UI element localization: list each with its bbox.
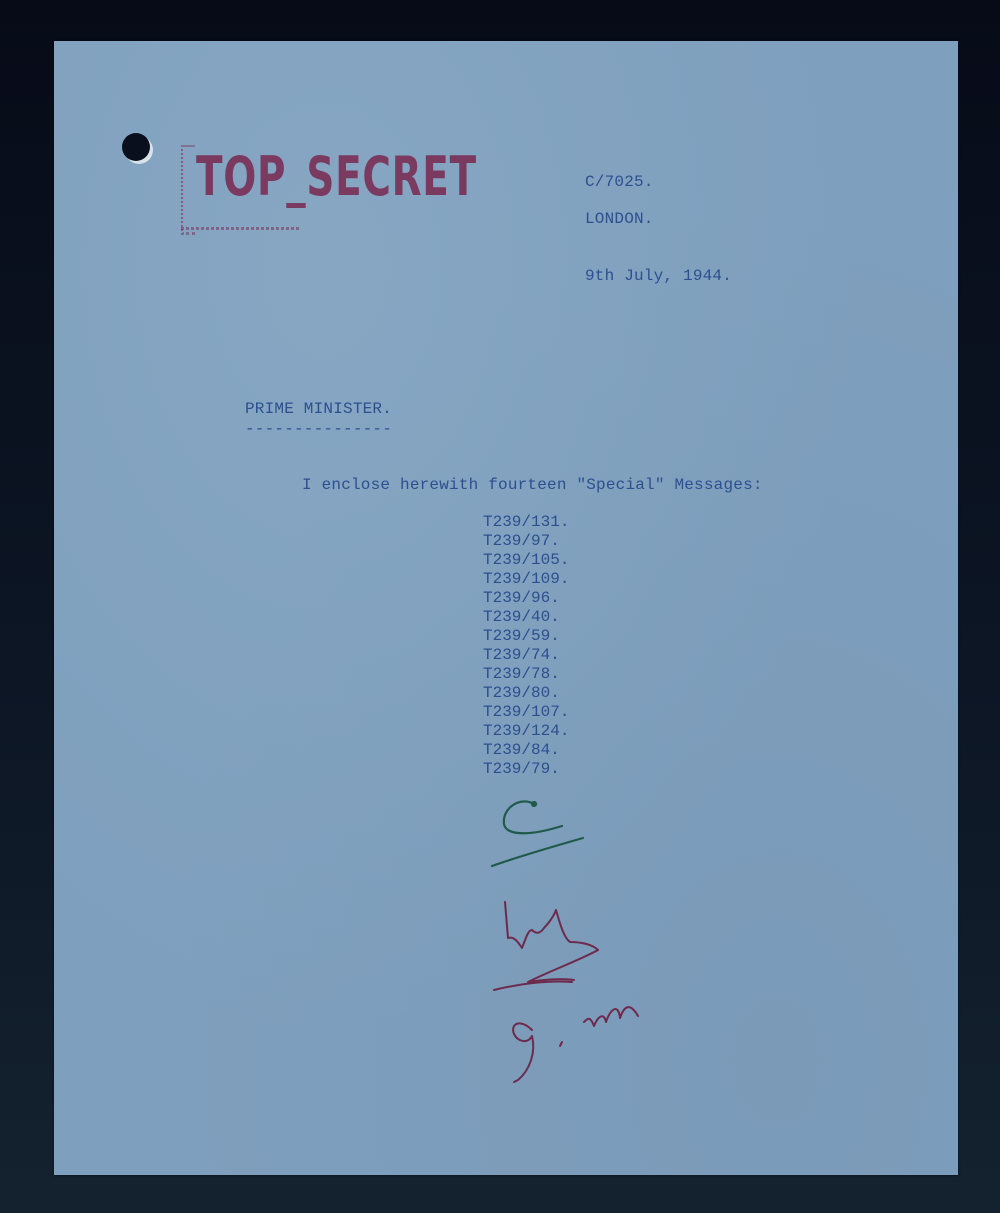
message-reference: T239/78. <box>483 665 569 684</box>
addressee: PRIME MINISTER. <box>245 400 392 419</box>
message-reference: T239/40. <box>483 608 569 627</box>
stamp-border <box>181 145 195 235</box>
document-date: 9th July, 1944. <box>585 267 732 286</box>
message-reference: T239/131. <box>483 513 569 532</box>
stamp-smudge <box>181 227 299 230</box>
message-reference: T239/107. <box>483 703 569 722</box>
message-reference: T239/84. <box>483 741 569 760</box>
green-initial-c-icon <box>492 801 583 866</box>
message-list: T239/131. T239/97. T239/105. T239/109. T… <box>483 513 569 779</box>
handwritten-annotations <box>470 790 670 1090</box>
message-reference: T239/105. <box>483 551 569 570</box>
message-reference: T239/96. <box>483 589 569 608</box>
message-reference: T239/124. <box>483 722 569 741</box>
message-reference: T239/109. <box>483 570 569 589</box>
message-reference: T239/74. <box>483 646 569 665</box>
body-text: I enclose herewith fourteen "Special" Me… <box>302 476 763 495</box>
red-initials-signature-icon <box>494 902 638 1082</box>
message-reference: T239/59. <box>483 627 569 646</box>
message-reference: T239/80. <box>483 684 569 703</box>
message-reference: T239/79. <box>483 760 569 779</box>
top-secret-stamp: TOP_SECRET <box>196 150 477 204</box>
punch-hole <box>122 133 150 161</box>
message-reference: T239/97. <box>483 532 569 551</box>
location: LONDON. <box>585 210 654 229</box>
addressee-underline: --------------- <box>245 420 392 439</box>
reference-number: C/7025. <box>585 173 654 192</box>
